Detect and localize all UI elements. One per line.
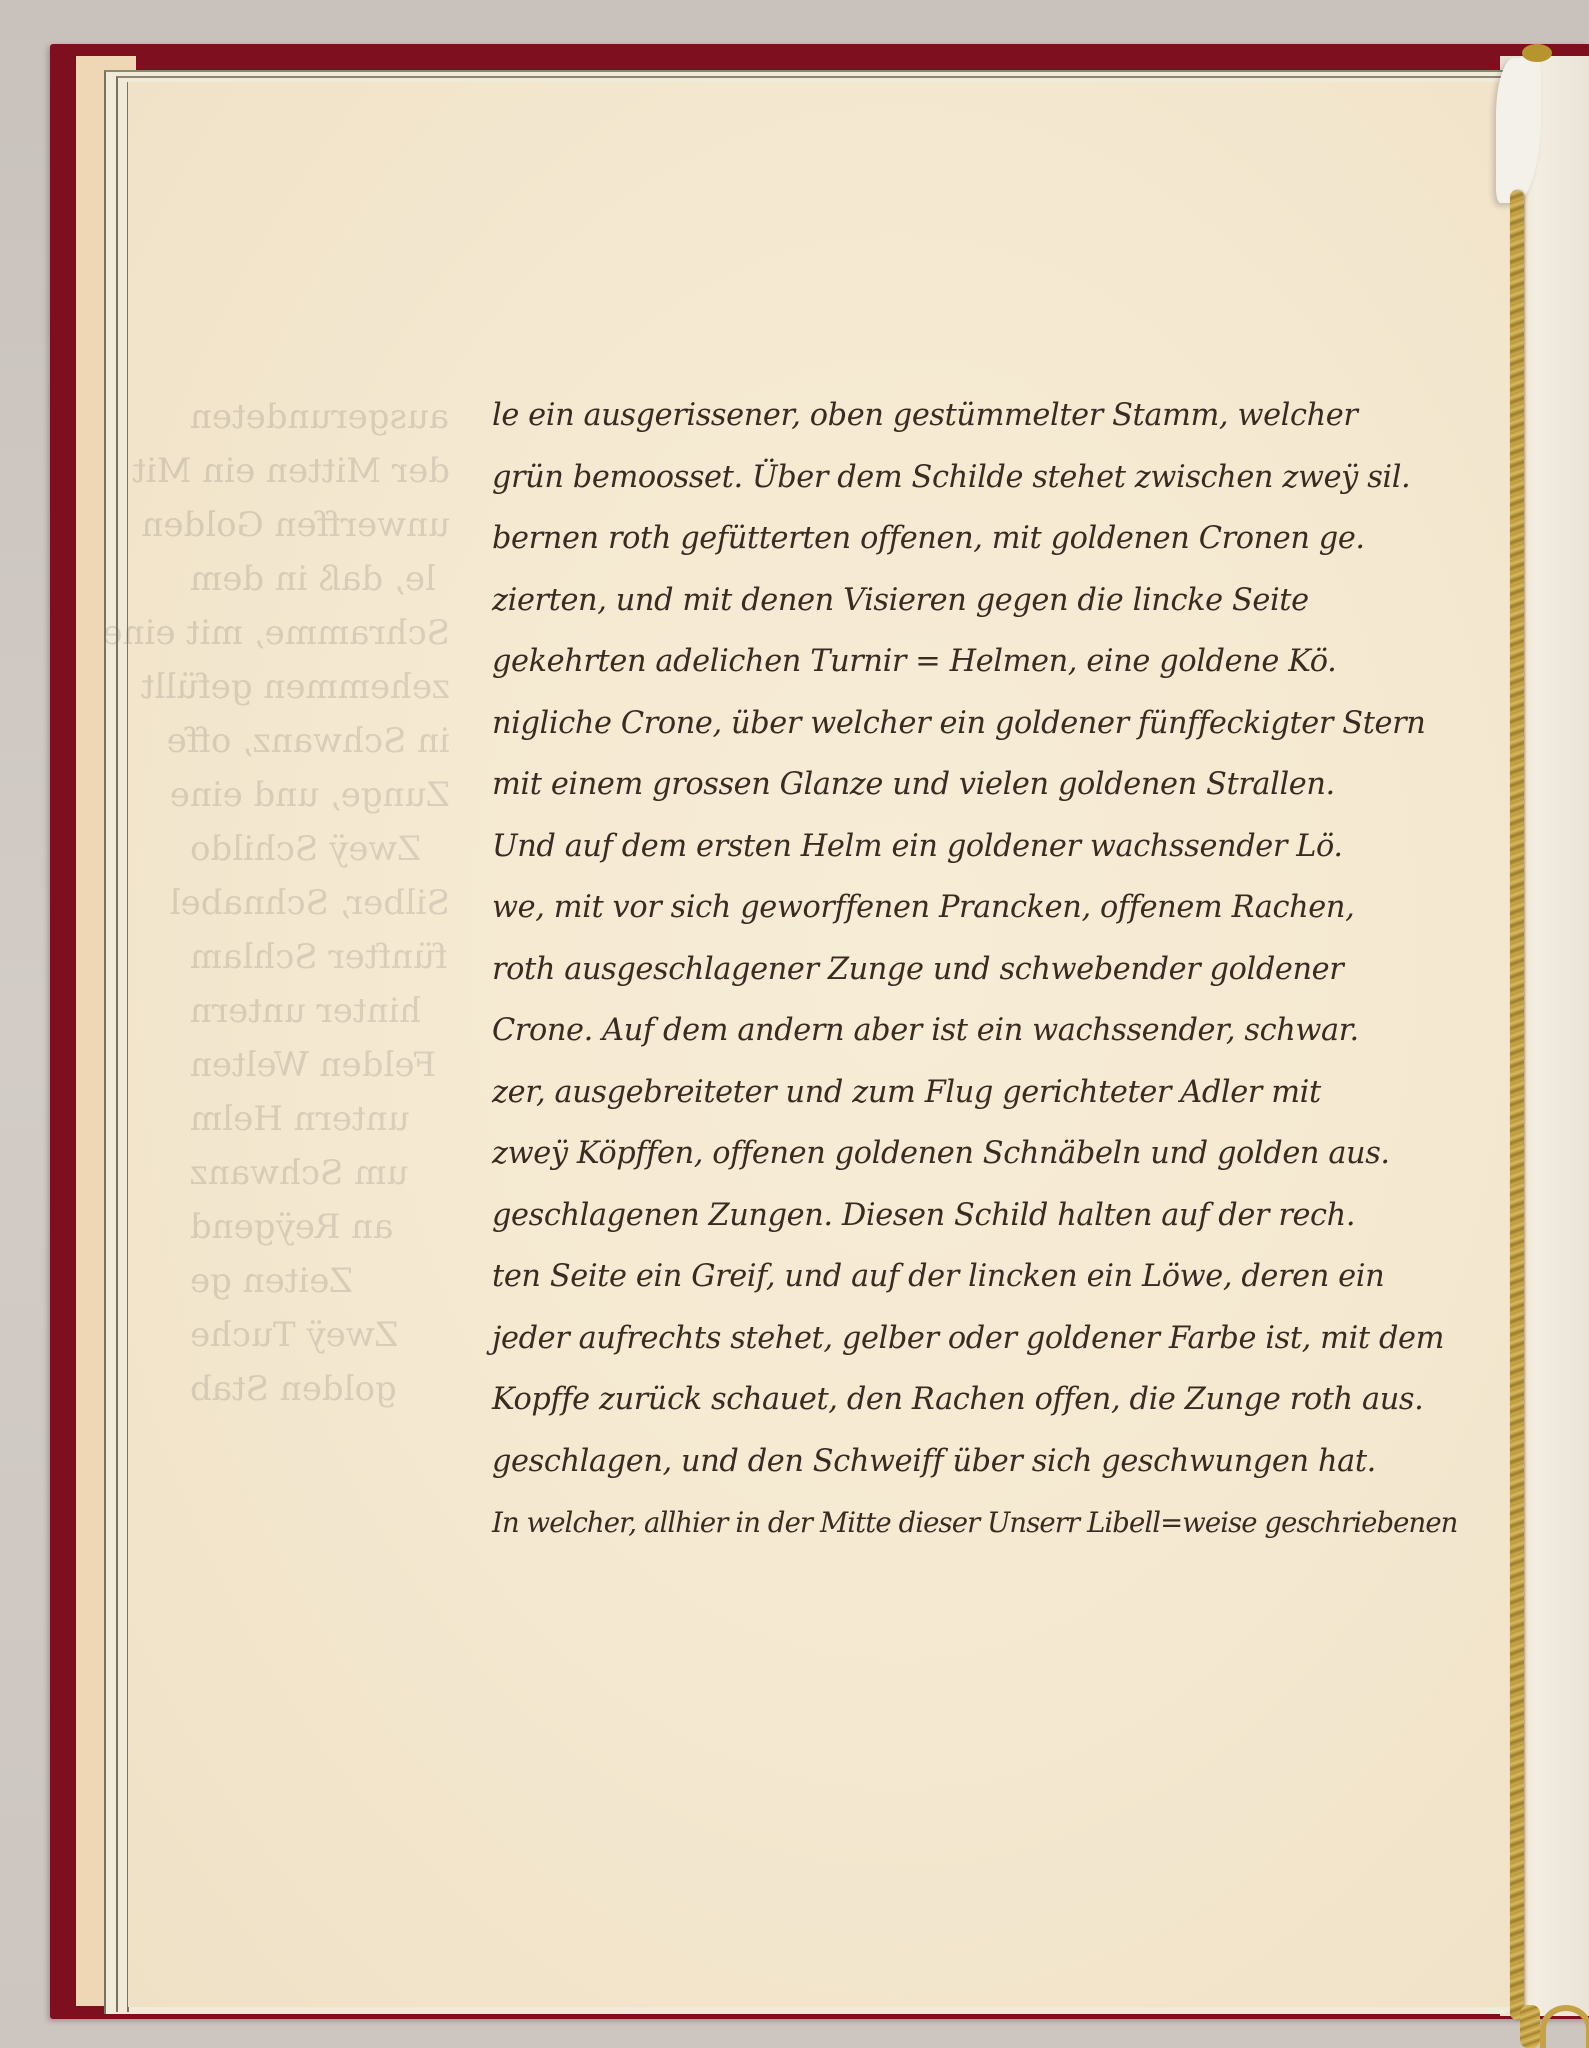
bleed-line: Zunge, und eine	[190, 768, 450, 822]
text-line: ten Seite ein Greif, und auf der lincken…	[492, 1246, 1472, 1308]
manuscript-text: le ein ausgerissener, oben gestümmelter …	[492, 385, 1492, 1554]
gold-binding-cord	[1510, 190, 1524, 2020]
bleed-line: der Mitten ein Mit	[190, 444, 450, 498]
bleed-line: zehemmen gefüllt	[190, 660, 450, 714]
text-line: In welcher, allhier in der Mitte dieser …	[492, 1492, 1472, 1554]
text-line: roth ausgeschlagener Zunge und schwebend…	[492, 939, 1472, 1001]
text-line: nigliche Crone, über welcher ein goldene…	[492, 693, 1472, 755]
text-line: Und auf dem ersten Helm ein goldener wac…	[492, 816, 1472, 878]
text-line: zweÿ Köpffen, offenen goldenen Schnäbeln…	[492, 1123, 1472, 1185]
bleed-line: golden Stab	[190, 1362, 450, 1416]
text-line: zierten, und mit denen Visieren gegen di…	[492, 570, 1472, 632]
manuscript-scan: ausgerundeten der Mitten ein Mit unwerff…	[0, 0, 1589, 2048]
text-line: jeder aufrechts stehet, gelber oder gold…	[492, 1308, 1472, 1370]
text-line: geschlagen, und den Schweiff über sich g…	[492, 1431, 1472, 1493]
bleed-line: untern Helm	[190, 1092, 450, 1146]
bleed-line: hinter untern	[190, 984, 450, 1038]
bleed-line: le, daß in dem	[190, 552, 450, 606]
bleed-line: Silber, Schnabel	[190, 876, 450, 930]
text-line: geschlagenen Zungen. Diesen Schild halte…	[492, 1185, 1472, 1247]
text-line: Crone. Auf dem andern aber ist ein wachs…	[492, 1000, 1472, 1062]
bleed-line: in Schwanz, offe	[190, 714, 450, 768]
bleed-line: Felden Welten	[190, 1038, 450, 1092]
text-line: grün bemoosset. Über dem Schilde stehet …	[492, 447, 1472, 509]
bleed-line: Zeiten ge	[190, 1254, 450, 1308]
bleed-line: Zweÿ Schildo	[190, 822, 450, 876]
text-line: Kopffe zurück schauet, den Rachen offen,…	[492, 1369, 1472, 1431]
text-line: mit einem grossen Glanze und vielen gold…	[492, 754, 1472, 816]
bleed-line: Zweÿ Tuche	[190, 1308, 450, 1362]
cord-knot	[1522, 44, 1552, 62]
bleed-line: um Schwanz	[190, 1146, 450, 1200]
cord-tail	[1520, 2005, 1540, 2048]
text-line: bernen roth gefütterten offenen, mit gol…	[492, 508, 1472, 570]
text-line: we, mit vor sich geworffenen Prancken, o…	[492, 877, 1472, 939]
text-line: zer, ausgebreiteter und zum Flug gericht…	[492, 1062, 1472, 1124]
bleed-line: fünfter Schlam	[190, 930, 450, 984]
text-line: gekehrten adelichen Turnir = Helmen, ein…	[492, 631, 1472, 693]
bleed-line: an Reÿgend	[190, 1200, 450, 1254]
bleed-line: Schramme, mit eine	[190, 606, 450, 660]
cord-loop	[1540, 2005, 1589, 2048]
bleed-line: ausgerundeten	[190, 390, 450, 444]
show-through-text: ausgerundeten der Mitten ein Mit unwerff…	[190, 390, 450, 1416]
text-line: le ein ausgerissener, oben gestümmelter …	[492, 385, 1472, 447]
bleed-line: unwerffen Golden	[190, 498, 450, 552]
